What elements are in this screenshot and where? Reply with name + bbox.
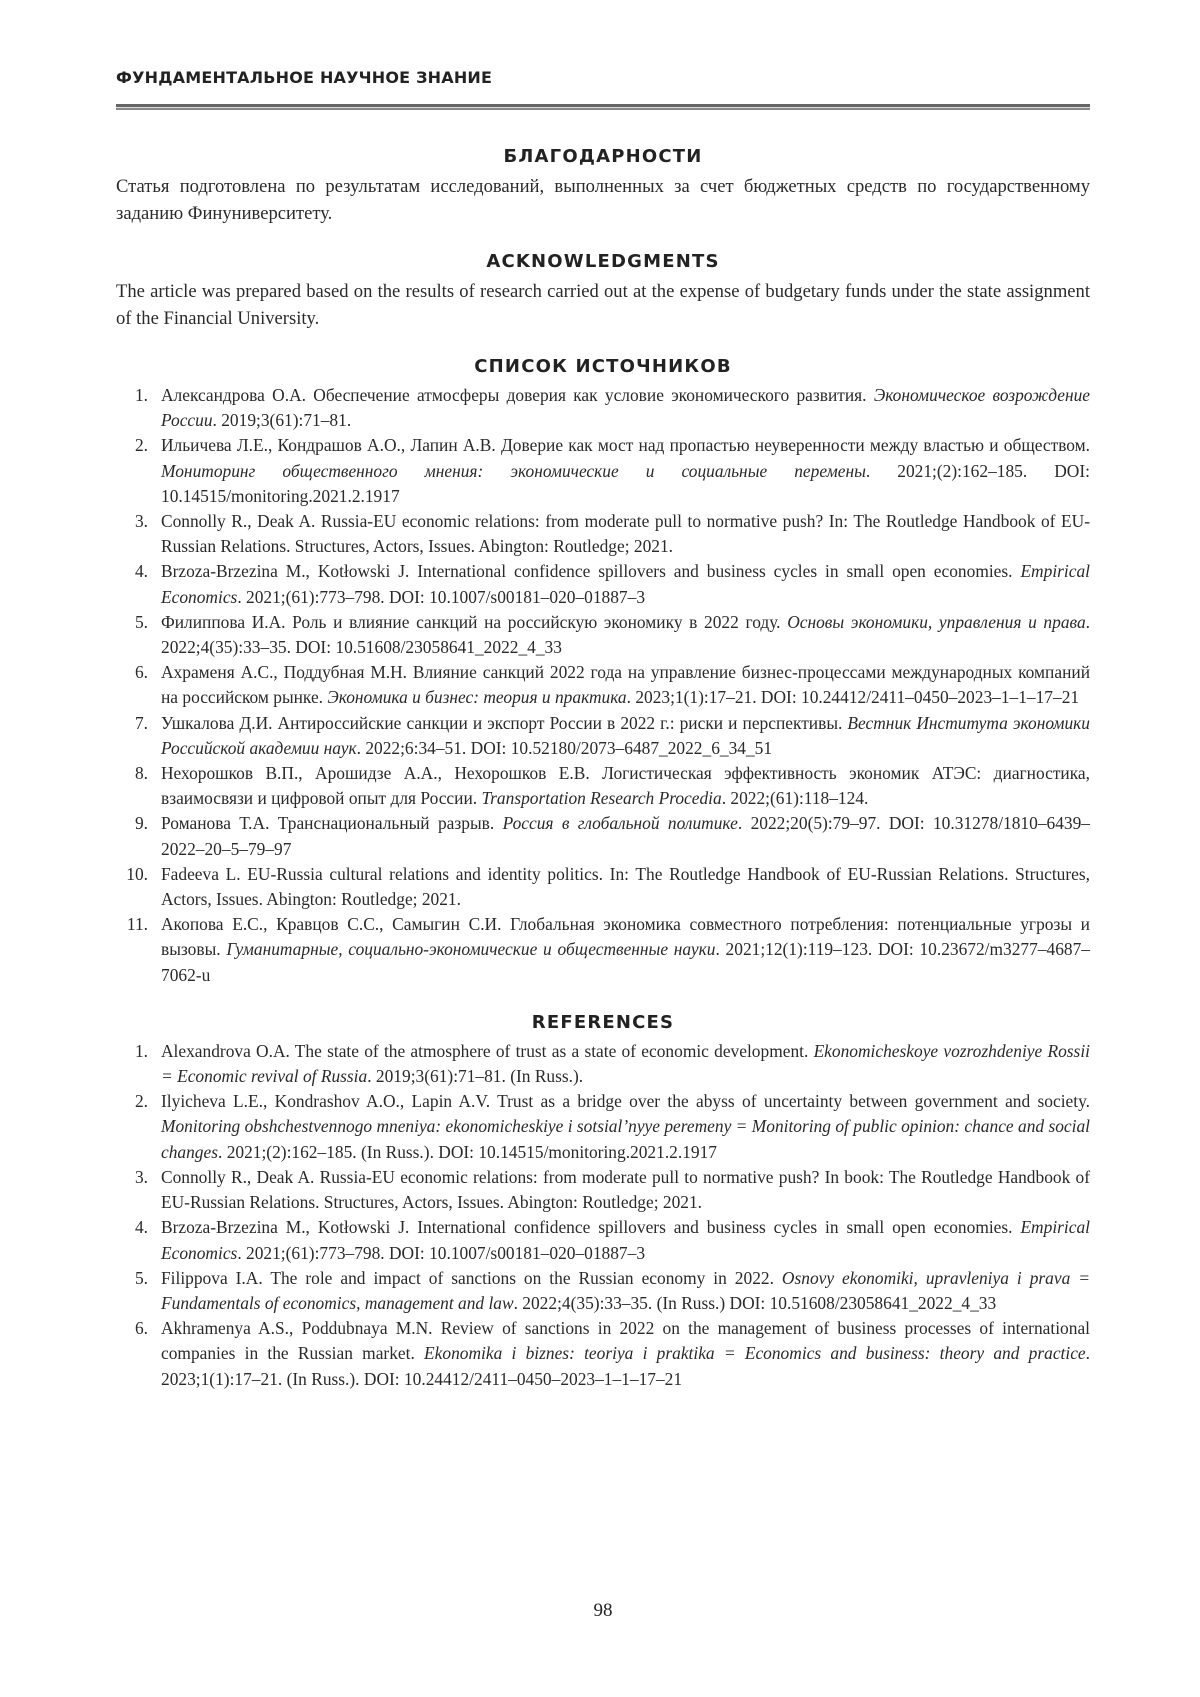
reference-item: 5.Филиппова И.А. Роль и влияние санкций …	[116, 610, 1090, 660]
reference-number: 8.	[116, 761, 148, 786]
acknowledgments-ru-section: БЛАГОДАРНОСТИ Статья подготовлена по рез…	[116, 146, 1090, 227]
reference-item: 3.Connolly R., Deak A. Russia-EU economi…	[116, 1165, 1090, 1215]
sources-ru-list: 1.Александрова О.А. Обеспечение атмосфер…	[116, 383, 1090, 988]
reference-source-title: Россия в глобальной политике	[503, 813, 738, 833]
section-title-acknowledgments-en: ACKNOWLEDGMENTS	[116, 251, 1090, 272]
reference-item: 1.Александрова О.А. Обеспечение атмосфер…	[116, 383, 1090, 433]
page-number: 98	[116, 1600, 1090, 1622]
section-title-references-en: REFERENCES	[116, 1012, 1090, 1033]
reference-number: 1.	[116, 383, 148, 408]
acknowledgments-ru-text: Статья подготовлена по результатам иссле…	[116, 173, 1090, 227]
reference-source-title: Мониторинг общественного мнения: экономи…	[161, 461, 866, 481]
reference-source-title: Основы экономики, управления и права	[787, 612, 1085, 632]
reference-number: 4.	[116, 1215, 148, 1240]
reference-number: 11.	[116, 912, 148, 937]
reference-number: 4.	[116, 559, 148, 584]
reference-source-title: Transportation Research Procedia	[481, 788, 721, 808]
reference-item: 5.Filippova I.A. The role and impact of …	[116, 1266, 1090, 1316]
reference-item: 11.Акопова Е.С., Кравцов С.С., Самыгин С…	[116, 912, 1090, 988]
reference-number: 6.	[116, 660, 148, 685]
reference-source-title: Вестник Института экономики Российской а…	[161, 713, 1090, 758]
reference-item: 6.Ахраменя А.С., Поддубная М.Н. Влияние …	[116, 660, 1090, 710]
reference-item: 4.Brzoza-Brzezina M., Kotłowski J. Inter…	[116, 559, 1090, 609]
reference-number: 7.	[116, 711, 148, 736]
reference-source-title: Empirical Economics	[161, 1217, 1090, 1262]
reference-number: 9.	[116, 811, 148, 836]
sources-ru-section: СПИСОК ИСТОЧНИКОВ 1.Александрова О.А. Об…	[116, 356, 1090, 988]
running-head: ФУНДАМЕНТАЛЬНОЕ НАУЧНОЕ ЗНАНИЕ	[116, 68, 492, 87]
references-en-section: REFERENCES 1.Alexandrova O.A. The state …	[116, 1012, 1090, 1392]
reference-source-title: Экономическое возрождение России	[161, 385, 1090, 430]
reference-item: 9.Романова Т.А. Транснациональный разрыв…	[116, 811, 1090, 861]
page-content: БЛАГОДАРНОСТИ Статья подготовлена по рез…	[116, 146, 1090, 1392]
reference-number: 2.	[116, 1089, 148, 1114]
header-rule	[116, 104, 1090, 110]
reference-number: 10.	[116, 862, 148, 887]
reference-source-title: Ekonomika i biznes: teoriya i praktika =…	[424, 1343, 1086, 1363]
reference-item: 2.Ilyicheva L.E., Kondrashov A.O., Lapin…	[116, 1089, 1090, 1165]
reference-number: 5.	[116, 1266, 148, 1291]
reference-source-title: Osnovy ekonomiki, upravleniya i prava = …	[161, 1268, 1090, 1313]
reference-number: 6.	[116, 1316, 148, 1341]
references-en-list: 1.Alexandrova O.A. The state of the atmo…	[116, 1039, 1090, 1392]
reference-source-title: Экономика и бизнес: теория и практика	[327, 687, 626, 707]
reference-item: 6.Akhramenya A.S., Poddubnaya M.N. Revie…	[116, 1316, 1090, 1392]
reference-source-title: Monitoring obshchestvennogo mneniya: eko…	[161, 1116, 1090, 1161]
reference-item: 3.Connolly R., Deak A. Russia-EU economi…	[116, 509, 1090, 559]
reference-source-title: Empirical Economics	[161, 561, 1090, 606]
reference-source-title: Гуманитарные, социально-экономические и …	[226, 939, 715, 959]
reference-item: 7.Ушкалова Д.И. Антироссийские санкции и…	[116, 711, 1090, 761]
reference-item: 4.Brzoza-Brzezina M., Kotłowski J. Inter…	[116, 1215, 1090, 1265]
reference-number: 2.	[116, 433, 148, 458]
reference-number: 3.	[116, 509, 148, 534]
reference-number: 1.	[116, 1039, 148, 1064]
section-title-acknowledgments-ru: БЛАГОДАРНОСТИ	[116, 146, 1090, 167]
reference-number: 5.	[116, 610, 148, 635]
acknowledgments-en-section: ACKNOWLEDGMENTS The article was prepared…	[116, 251, 1090, 332]
section-title-sources-ru: СПИСОК ИСТОЧНИКОВ	[116, 356, 1090, 377]
reference-item: 8.Нехорошков В.П., Арошидзе А.А., Нехоро…	[116, 761, 1090, 811]
reference-item: 2.Ильичева Л.Е., Кондрашов А.О., Лапин А…	[116, 433, 1090, 509]
reference-item: 10.Fadeeva L. EU-Russia cultural relatio…	[116, 862, 1090, 912]
reference-source-title: Ekonomicheskoye vozrozhdeniye Rossii = E…	[161, 1041, 1090, 1086]
reference-number: 3.	[116, 1165, 148, 1190]
acknowledgments-en-text: The article was prepared based on the re…	[116, 278, 1090, 332]
reference-item: 1.Alexandrova O.A. The state of the atmo…	[116, 1039, 1090, 1089]
